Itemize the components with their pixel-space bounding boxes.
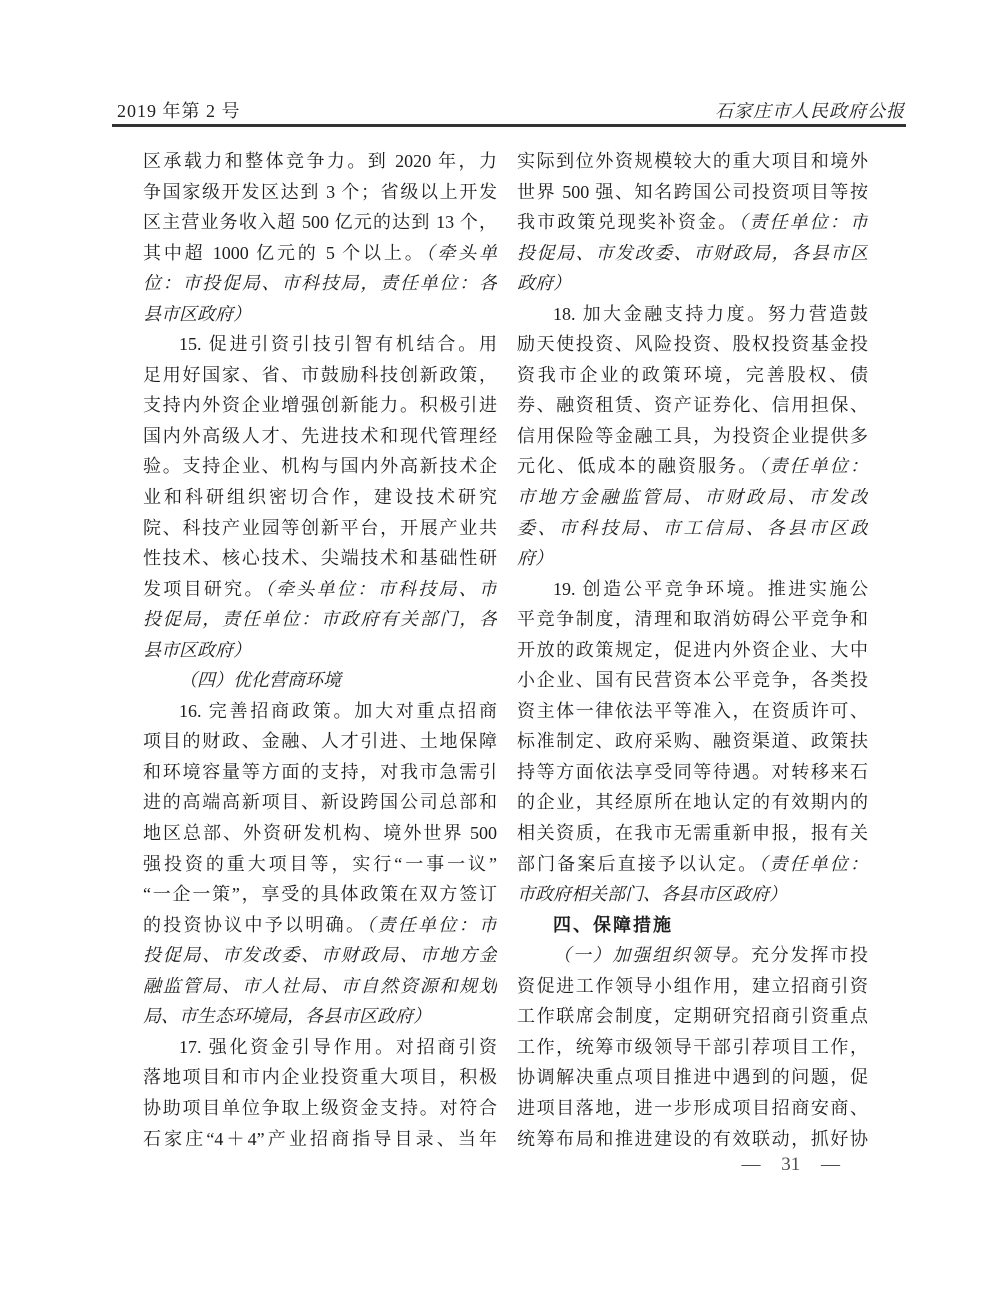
body-text-segment: 励天使投资、风险投资、股权投资基金投 [517, 334, 868, 354]
body-text-segment: 17. 强化资金引导作用。对招商引资 [179, 1037, 497, 1057]
body-text-segment: 足用好国家、省、市鼓励科技创新政策， [143, 365, 497, 385]
text-line: 的投资协议中予以明确。（责任单位：市 [143, 910, 497, 941]
body-text-segment: 标准制定、政府采购、融资渠道、政策扶 [517, 731, 868, 751]
kai-text-segment: 位：市投促局、市科技局，责任单位：各 [143, 273, 497, 293]
text-line: 区主营业务收入超 500 亿元的达到 13 个， [143, 207, 497, 238]
kai-text-segment: 投促局、市发改委、市财政局、市地方金 [143, 945, 497, 965]
body-text-segment: 开放的政策规定，促进内外资企业、大中 [517, 640, 868, 660]
body-text-segment: 其中超 1000 亿元的 5 个以上。 [143, 243, 426, 263]
text-line: 委、市科技局、市工信局、各县市区政 [517, 513, 868, 544]
kai-text-segment: （牵头单位：市科技局、市 [265, 579, 497, 599]
body-text-segment: 区承载力和整体竞争力。到 2020 年，力 [143, 151, 497, 171]
body-text-segment: 的企业，其经原所在地认定的有效期内的 [517, 792, 868, 812]
body-text-segment: 落地项目和市内企业投资重大项目，积极 [143, 1067, 497, 1087]
text-line: 四、保障措施 [517, 910, 868, 941]
body-text-segment: 进项目落地，进一步形成项目招商安商、 [517, 1098, 868, 1118]
body-text-segment: 平竞争制度，清理和取消妨碍公平竞争和 [517, 609, 868, 629]
body-text-segment: 我市政策兑现奖补资金。 [517, 212, 738, 232]
text-line: 券、融资租赁、资产证券化、信用担保、 [517, 390, 868, 421]
body-text-segment: 地区总部、外资研发机构、境外世界 500 [143, 823, 497, 843]
text-line: 性技术、核心技术、尖端技术和基础性研 [143, 543, 497, 574]
text-line: 持等方面依法享受同等待遇。对转移来石 [517, 757, 868, 788]
body-text-segment: 国内外高级人才、先进技术和现代管理经 [143, 426, 497, 446]
text-line: 15. 促进引资引技引智有机结合。用 [143, 329, 497, 360]
text-line: 进项目落地，进一步形成项目招商安商、 [517, 1093, 868, 1124]
text-line: 投促局、市发改委、市财政局，各县市区 [517, 238, 868, 269]
text-line: 部门备案后直接予以认定。（责任单位： [517, 849, 868, 880]
body-text-segment: 19. 创造公平竞争环境。推进实施公 [553, 579, 868, 599]
text-line: “一企一策”，享受的具体政策在双方签订 [143, 879, 497, 910]
kai-text-segment: 投促局、市发改委、市财政局，各县市区 [517, 243, 868, 263]
kai-text-segment: 市地方金融监管局、市财政局、市发改 [517, 487, 868, 507]
text-line: 相关资质，在我市无需重新申报，报有关 [517, 818, 868, 849]
kai-text-segment: 县市区政府） [143, 640, 251, 660]
text-line: 府） [517, 543, 868, 574]
text-line: 资促进工作领导小组作用，建立招商引资 [517, 971, 868, 1002]
right-text-column: 实际到位外资规模较大的重大项目和境外世界 500 强、知名跨国公司投资项目等按我… [517, 146, 868, 1154]
text-line: 其中超 1000 亿元的 5 个以上。（牵头单 [143, 238, 497, 269]
text-line: 足用好国家、省、市鼓励科技创新政策， [143, 360, 497, 391]
text-line: 工作，统筹市级领导干部引荐项目工作， [517, 1032, 868, 1063]
text-line: 局、市生态环境局，各县市区政府） [143, 1001, 497, 1032]
text-line: 投促局、市发改委、市财政局、市地方金 [143, 940, 497, 971]
kai-text-segment: （责任单位：市 [738, 212, 868, 232]
body-text-segment: 世界 500 强、知名跨国公司投资项目等按 [517, 182, 868, 202]
body-text-segment: 15. 促进引资引技引智有机结合。用 [179, 334, 497, 354]
body-text-segment: 协助项目单位争取上级资金支持。对符合 [143, 1098, 497, 1118]
body-text-segment: 性技术、核心技术、尖端技术和基础性研 [143, 548, 497, 568]
text-line: 平竞争制度，清理和取消妨碍公平竞争和 [517, 604, 868, 635]
body-text-segment: 区主营业务收入超 500 亿元的达到 13 个， [143, 212, 497, 232]
text-line: 我市政策兑现奖补资金。（责任单位：市 [517, 207, 868, 238]
body-text-segment: 项目的财政、金融、人才引进、土地保障 [143, 731, 497, 751]
text-line: 县市区政府） [143, 635, 497, 666]
text-line: 信用保险等金融工具，为投资企业提供多 [517, 421, 868, 452]
text-line: 小企业、国有民营资本公平竞争，各类投 [517, 665, 868, 696]
text-line: 石家庄“4＋4”产业招商指导目录、当年 [143, 1124, 497, 1155]
body-text-segment: 部门备案后直接予以认定。 [517, 854, 758, 874]
text-line: 17. 强化资金引导作用。对招商引资 [143, 1032, 497, 1063]
kai-text-segment: 融监管局、市人社局、市自然资源和规划 [143, 976, 497, 996]
header-issue-number: 2019 年第 2 号 [117, 97, 241, 123]
body-text-segment: 工作，统筹市级领导干部引荐项目工作， [517, 1037, 868, 1057]
left-text-column: 区承载力和整体竞争力。到 2020 年，力争国家级开发区达到 3 个；省级以上开… [143, 146, 497, 1154]
text-line: 实际到位外资规模较大的重大项目和境外 [517, 146, 868, 177]
text-line: 世界 500 强、知名跨国公司投资项目等按 [517, 177, 868, 208]
text-line: 资我市企业的政策环境，完善股权、债 [517, 360, 868, 391]
text-line: 标准制定、政府采购、融资渠道、政策扶 [517, 726, 868, 757]
body-text-segment: 16. 完善招商政策。加大对重点招商 [179, 701, 497, 721]
body-text-segment: 进的高端高新项目、新设跨国公司总部和 [143, 792, 497, 812]
kai-text-segment: （责任单位： [758, 456, 868, 476]
text-line: 支持内外资企业增强创新能力。积极引进 [143, 390, 497, 421]
body-text-segment: 石家庄“4＋4”产业招商指导目录、当年 [143, 1129, 497, 1149]
text-line: 投促局，责任单位：市政府有关部门，各 [143, 604, 497, 635]
body-text-segment: 和环境容量等方面的支持，对我市急需引 [143, 762, 497, 782]
text-line: 院、科技产业园等创新平台，开展产业共 [143, 513, 497, 544]
body-text-segment: 信用保险等金融工具，为投资企业提供多 [517, 426, 868, 446]
text-line: 国内外高级人才、先进技术和现代管理经 [143, 421, 497, 452]
kai-text-segment: 政府） [517, 273, 571, 293]
text-line: 的企业，其经原所在地认定的有效期内的 [517, 787, 868, 818]
kai-text-segment: 府） [517, 548, 553, 568]
text-line: （一）加强组织领导。充分发挥市投 [517, 940, 868, 971]
kai-text-segment: 局、市生态环境局，各县市区政府） [143, 1006, 431, 1026]
body-text-segment: 小企业、国有民营资本公平竞争，各类投 [517, 670, 868, 690]
kai-text-segment: 委、市科技局、市工信局、各县市区政 [517, 518, 868, 538]
kai-text-segment: （一）加强组织领导。 [553, 945, 751, 965]
kai-text-segment: （牵头单 [426, 243, 497, 263]
text-line: 政府） [517, 268, 868, 299]
text-line: 发项目研究。（牵头单位：市科技局、市 [143, 574, 497, 605]
text-line: 业和科研组织密切合作，建设技术研究 [143, 482, 497, 513]
text-line: 地区总部、外资研发机构、境外世界 500 [143, 818, 497, 849]
kai-text-segment: （责任单位： [758, 854, 868, 874]
body-text-segment: 验。支持企业、机构与国内外高新技术企 [143, 456, 497, 476]
body-text-segment: 发项目研究。 [143, 579, 265, 599]
text-line: 项目的财政、金融、人才引进、土地保障 [143, 726, 497, 757]
body-text-segment: 券、融资租赁、资产证券化、信用担保、 [517, 395, 868, 415]
text-line: 进的高端高新项目、新设跨国公司总部和 [143, 787, 497, 818]
text-line: 融监管局、市人社局、市自然资源和规划 [143, 971, 497, 1002]
body-text-segment: 院、科技产业园等创新平台，开展产业共 [143, 518, 497, 538]
text-line: （四）优化营商环境 [143, 665, 497, 696]
kai-text-segment: 市政府相关部门、各县市区政府） [517, 884, 787, 904]
text-line: 市地方金融监管局、市财政局、市发改 [517, 482, 868, 513]
body-text-segment: 充分发挥市投 [751, 945, 868, 965]
body-text-segment: 资促进工作领导小组作用，建立招商引资 [517, 976, 868, 996]
body-text-segment: 持等方面依法享受同等待遇。对转移来石 [517, 762, 868, 782]
body-text-segment: 的投资协议中予以明确。 [143, 915, 366, 935]
text-line: 区承载力和整体竞争力。到 2020 年，力 [143, 146, 497, 177]
kai-text-segment: （四）优化营商环境 [179, 670, 341, 690]
body-text-segment: 资主体一律依法平等准入，在资质许可、 [517, 701, 868, 721]
body-text-segment: 资我市企业的政策环境，完善股权、债 [517, 365, 868, 385]
kai-text-segment: （责任单位：市 [366, 915, 497, 935]
text-line: 协助项目单位争取上级资金支持。对符合 [143, 1093, 497, 1124]
body-text-segment: 支持内外资企业增强创新能力。积极引进 [143, 395, 497, 415]
text-line: 县市区政府） [143, 299, 497, 330]
text-line: 励天使投资、风险投资、股权投资基金投 [517, 329, 868, 360]
body-text-segment: 强投资的重大项目等，实行“一事一议” [143, 854, 497, 874]
text-line: 协调解决重点项目推进中遇到的问题，促 [517, 1062, 868, 1093]
body-text-segment: 统筹布局和推进建设的有效联动，抓好协 [517, 1129, 868, 1149]
body-text-segment: 工作联席会制度，定期研究招商引资重点 [517, 1006, 868, 1026]
body-text-segment: 争国家级开发区达到 3 个；省级以上开发 [143, 182, 497, 202]
text-line: 落地项目和市内企业投资重大项目，积极 [143, 1062, 497, 1093]
text-line: 和环境容量等方面的支持，对我市急需引 [143, 757, 497, 788]
header-rule [112, 124, 906, 127]
page-number: — 31 — [742, 1154, 841, 1176]
kai-text-segment: 投促局，责任单位：市政府有关部门，各 [143, 609, 497, 629]
kai-text-segment: 县市区政府） [143, 304, 251, 324]
text-line: 元化、低成本的融资服务。（责任单位： [517, 451, 868, 482]
body-text-segment: 协调解决重点项目推进中遇到的问题，促 [517, 1067, 868, 1087]
document-page: 2019 年第 2 号 石家庄市人民政府公报 区承载力和整体竞争力。到 2020… [0, 0, 1000, 1294]
body-text-segment: 业和科研组织密切合作，建设技术研究 [143, 487, 497, 507]
text-line: 开放的政策规定，促进内外资企业、大中 [517, 635, 868, 666]
text-line: 市政府相关部门、各县市区政府） [517, 879, 868, 910]
body-text-segment: 实际到位外资规模较大的重大项目和境外 [517, 151, 868, 171]
text-line: 验。支持企业、机构与国内外高新技术企 [143, 451, 497, 482]
body-text-segment: 元化、低成本的融资服务。 [517, 456, 758, 476]
text-line: 统筹布局和推进建设的有效联动，抓好协 [517, 1124, 868, 1155]
body-text-segment: 18. 加大金融支持力度。努力营造鼓 [553, 304, 868, 324]
text-line: 工作联席会制度，定期研究招商引资重点 [517, 1001, 868, 1032]
text-line: 18. 加大金融支持力度。努力营造鼓 [517, 299, 868, 330]
body-text-segment: “一企一策”，享受的具体政策在双方签订 [143, 884, 497, 904]
section-heading-segment: 四、保障措施 [553, 915, 673, 935]
text-line: 强投资的重大项目等，实行“一事一议” [143, 849, 497, 880]
text-line: 16. 完善招商政策。加大对重点招商 [143, 696, 497, 727]
header-gazette-title: 石家庄市人民政府公报 [715, 97, 905, 123]
body-text-segment: 相关资质，在我市无需重新申报，报有关 [517, 823, 868, 843]
text-line: 19. 创造公平竞争环境。推进实施公 [517, 574, 868, 605]
text-line: 位：市投促局、市科技局，责任单位：各 [143, 268, 497, 299]
text-line: 争国家级开发区达到 3 个；省级以上开发 [143, 177, 497, 208]
text-line: 资主体一律依法平等准入，在资质许可、 [517, 696, 868, 727]
